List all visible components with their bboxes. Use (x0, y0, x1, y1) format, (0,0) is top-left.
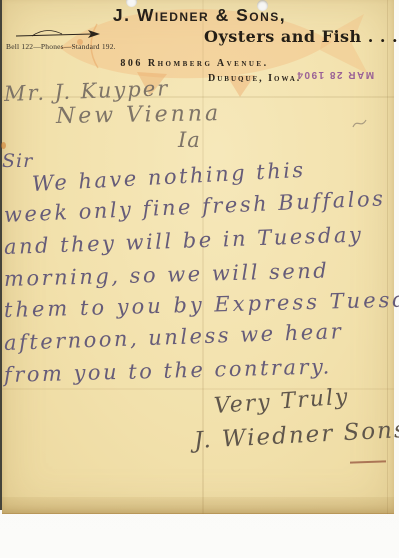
bottom-fold-band (2, 497, 394, 514)
street-address: 806 Rhomberg Avenue. (0, 58, 389, 69)
phone-numbers: Bell 122—Phones—Standard 192. (6, 42, 116, 51)
city-state: Dubuque, Iowa. (208, 73, 301, 84)
company-name: J. Wiedner & Sons, (0, 5, 399, 26)
recipient-state: Ia (178, 128, 201, 152)
recipient-city: New Vienna (56, 101, 222, 129)
received-date-stamp: MAR 28 1904 (292, 69, 378, 80)
paper-stain (1, 142, 6, 149)
letter-scan: J. Wiedner & Sons, Oysters and Fish . . … (0, 0, 399, 558)
salutation: Sir (2, 150, 33, 172)
scan-left-edge (0, 0, 2, 510)
company-tagline: Oysters and Fish . . . (204, 27, 398, 46)
pencil-scribble (350, 114, 370, 134)
arrow-icon (14, 28, 102, 41)
